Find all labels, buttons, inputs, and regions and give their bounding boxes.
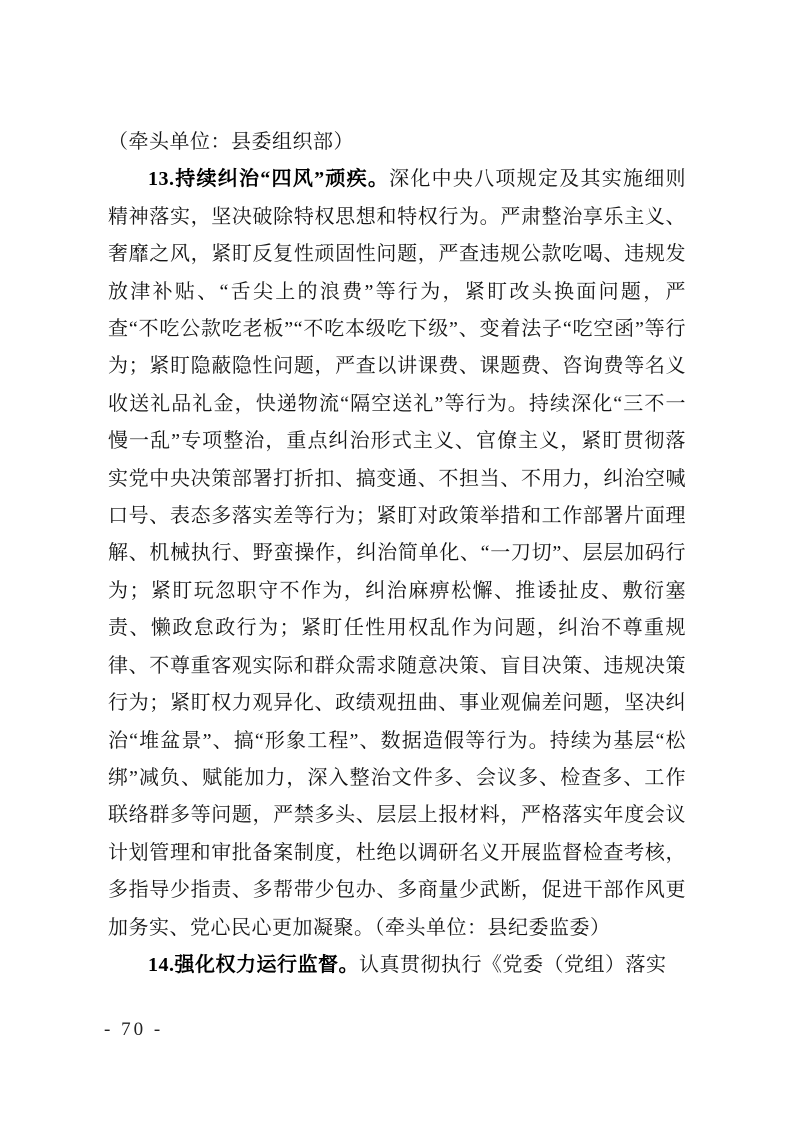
document-page: （牵头单位：县委组织部） 13.持续纠治“四风”顽疾。深化中央八项规定及其实施细… <box>0 0 793 1122</box>
page-number: - 70 - <box>104 1019 163 1041</box>
item-14-body-text: 认真贯彻执行《党委（党组）落实 <box>359 954 667 976</box>
document-body: （牵头单位：县委组织部） 13.持续纠治“四风”顽疾。深化中央八项规定及其实施细… <box>108 124 686 984</box>
paragraph-item-13: 13.持续纠治“四风”顽疾。深化中央八项规定及其实施细则精神落实，坚决破除特权思… <box>108 161 686 947</box>
item-13-heading: 13.持续纠治“四风”顽疾。 <box>148 168 389 190</box>
paragraph-lead-unit-tail: （牵头单位：县委组织部） <box>108 124 686 161</box>
paragraph-item-14: 14.强化权力运行监督。认真贯彻执行《党委（党组）落实 <box>108 947 686 984</box>
item-14-heading: 14.强化权力运行监督。 <box>148 954 359 976</box>
item-13-body-text: 深化中央八项规定及其实施细则精神落实，坚决破除特权思想和特权行为。严肃整治享乐主… <box>108 168 686 938</box>
